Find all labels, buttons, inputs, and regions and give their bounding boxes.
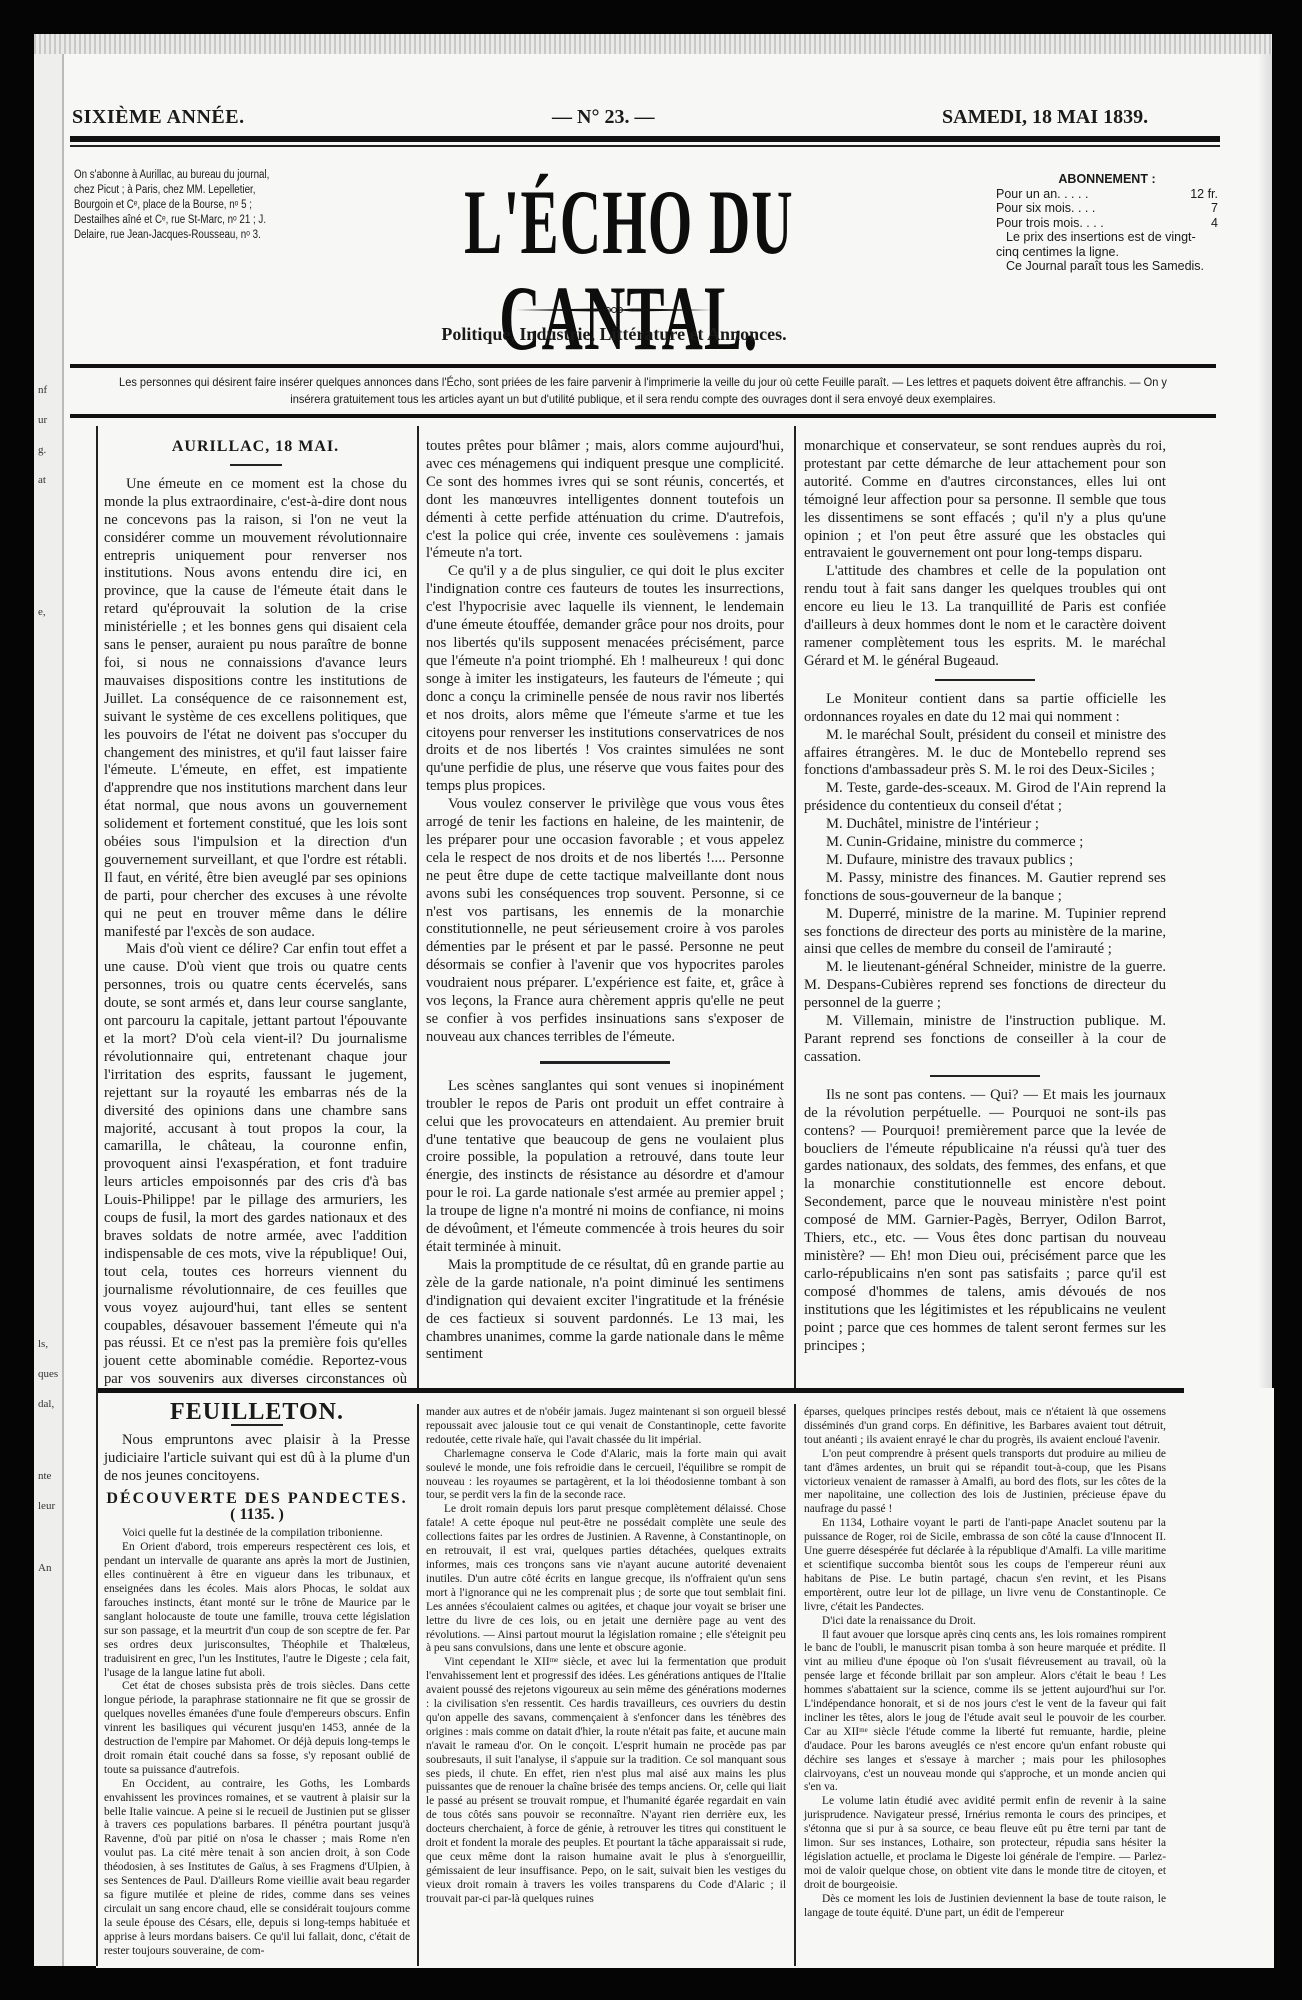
article-column-2: toutes prêtes pour blâmer ; mais, alors …: [426, 438, 784, 1364]
article-paragraph: monarchique et conservateur, se sont ren…: [804, 438, 1166, 563]
column-divider: [417, 1404, 419, 1966]
price-row: Pour un an. . . . .12 fr.: [996, 187, 1218, 202]
newspaper-page: nf ur g. at e, ls, ques dal, nte leur An…: [34, 34, 1272, 1966]
appointment-item: M. Dufaure, ministre des travaux publics…: [804, 852, 1166, 870]
feuilleton-article-title: DÉCOUVERTE DES PANDECTES.: [104, 1492, 410, 1506]
feuilleton-paragraph: Le volume latin étudié avec avidité perm…: [804, 1795, 1166, 1892]
margin-fragment: nte: [38, 1470, 62, 1482]
appointment-item: M. Passy, ministre des finances. M. Gaut…: [804, 870, 1166, 906]
subscription-locations: On s'abonne à Aurillac, au bureau du jou…: [74, 168, 275, 243]
feuilleton-intro: Nous empruntons avec plaisir à la Presse…: [104, 1432, 410, 1486]
margin-fragment: e,: [38, 606, 62, 618]
appointment-item: M. Villemain, ministre de l'instruction …: [804, 1013, 1166, 1067]
feuilleton-paragraph: Le droit romain depuis lors parut presqu…: [426, 1503, 786, 1656]
article-paragraph: toutes prêtes pour blâmer ; mais, alors …: [426, 438, 784, 563]
feuilleton-paragraph: Cet état de choses subsista près de troi…: [104, 1680, 410, 1777]
notice-rule-bottom: [70, 414, 1216, 418]
feuilleton-column-3: éparses, quelques principes restés debou…: [804, 1406, 1166, 1921]
feuilleton-title: FEUILLETON.: [104, 1406, 410, 1420]
issue-number: — N° 23. —: [552, 106, 654, 129]
margin-fragment: g.: [38, 444, 62, 456]
margin-fragment: ur: [38, 414, 62, 426]
feuilleton-column-1: FEUILLETON. Nous empruntons avec plaisir…: [104, 1406, 410, 1959]
abonnement-heading: ABONNEMENT :: [996, 172, 1218, 187]
margin-fragment: nf: [38, 384, 62, 396]
margin-fragment: ques: [38, 1368, 62, 1380]
article-heading: AURILLAC, 18 MAI.: [104, 438, 407, 456]
appointment-item: M. Cunin-Gridaine, ministre du commerce …: [804, 834, 1166, 852]
margin-fragment: leur: [38, 1500, 62, 1512]
feuilleton-paragraph: L'on peut comprendre à présent quels tra…: [804, 1448, 1166, 1518]
appointment-item: M. Teste, garde-des-sceaux. M. Girod de …: [804, 780, 1166, 816]
feuilleton-paragraph: Voici quelle fut la destinée de la compi…: [104, 1527, 410, 1541]
header-rule-thin: [70, 145, 1220, 147]
section-rule: [935, 679, 1035, 681]
article-paragraph: Une émeute en ce moment est la chose du …: [104, 476, 407, 942]
issue-date: SAMEDI, 18 MAI 1839.: [942, 106, 1148, 129]
section-rule: [930, 1075, 1040, 1077]
article-paragraph: Vous voulez conserver le privilège que v…: [426, 796, 784, 1047]
margin-fragment: at: [38, 474, 62, 486]
appointment-item: M. Duchâtel, ministre de l'intérieur ;: [804, 816, 1166, 834]
feuilleton-paragraph: En Occident, au contraire, les Goths, le…: [104, 1778, 410, 1959]
scan-top-border: [34, 34, 1272, 54]
column-divider: [794, 1404, 796, 1966]
moniteur-paragraph: Le Moniteur contient dans sa partie offi…: [804, 691, 1166, 727]
insertion-note: Le prix des insertions est de vingt-cinq…: [996, 230, 1218, 259]
feuilleton-paragraph: En 1134, Lothaire voyant le parti de l'a…: [804, 1517, 1166, 1614]
short-rule: [230, 464, 282, 466]
margin-fragment: ls,: [38, 1338, 62, 1350]
year-label: SIXIÈME ANNÉE.: [72, 106, 245, 129]
feuilleton-paragraph: Dès ce moment les lois de Justinien devi…: [804, 1893, 1166, 1921]
publication-note: Ce Journal paraît tous les Samedis.: [996, 259, 1218, 274]
notice-rule-top: [70, 364, 1216, 368]
advertising-notice: Les personnes qui désirent faire insérer…: [116, 374, 1170, 408]
feuilleton-paragraph: D'ici date la renaissance du Droit.: [804, 1615, 1166, 1629]
column-border-left: [96, 1388, 98, 1966]
feuilleton-paragraph: Charlemagne conserva le Code d'Alaric, m…: [426, 1448, 786, 1504]
section-rule: [540, 1061, 670, 1064]
article-paragraph: L'attitude des chambres et celle de la p…: [804, 563, 1166, 670]
feuilleton-paragraph: En Orient d'abord, trois empereurs respe…: [104, 1541, 410, 1680]
subscription-prices: ABONNEMENT : Pour un an. . . . .12 fr. P…: [996, 172, 1218, 274]
margin-fragment: An: [38, 1562, 62, 1574]
article-paragraph: Mais la promptitude de ce résultat, dû e…: [426, 1257, 784, 1364]
feuilleton-paragraph: Vint cependant le XIIᵐᵉ siècle, et avec …: [426, 1656, 786, 1906]
article-paragraph: Les scènes sanglantes qui sont venues si…: [426, 1078, 784, 1257]
article-column-1: AURILLAC, 18 MAI. Une émeute en ce momen…: [104, 438, 407, 1532]
article-column-3: monarchique et conservateur, se sont ren…: [804, 438, 1166, 1355]
feuilleton-paragraph: mander aux autres et de n'obéir jamais. …: [426, 1406, 786, 1448]
newspaper-subtitle: Politique, Industrie, Littérature et Ann…: [274, 324, 954, 345]
appointment-item: M. le maréchal Soult, président du conse…: [804, 727, 1166, 781]
header-rule: [70, 136, 1220, 142]
feuilleton-column-2: mander aux autres et de n'obéir jamais. …: [426, 1406, 786, 1907]
appointment-item: M. le lieutenant-général Schneider, mini…: [804, 959, 1166, 1013]
margin-fragment: dal,: [38, 1398, 62, 1410]
article-paragraph: Ils ne sont pas contens. — Qui? — Et mai…: [804, 1087, 1166, 1356]
price-row: Pour trois mois. . . .4: [996, 216, 1218, 231]
appointment-item: M. Duperré, ministre de la marine. M. Tu…: [804, 906, 1166, 960]
ornament-divider-icon: [516, 306, 712, 314]
feuilleton-article-year: ( 1135. ): [104, 1508, 410, 1522]
adjacent-page-fold: nf ur g. at e, ls, ques dal, nte leur An: [34, 54, 64, 1966]
article-paragraph: Ce qu'il y a de plus singulier, ce qui d…: [426, 563, 784, 796]
feuilleton-paragraph: Il faut avouer que lorsque après cinq ce…: [804, 1629, 1166, 1796]
feuilleton-paragraph: éparses, quelques principes restés debou…: [804, 1406, 1166, 1448]
price-row: Pour six mois. . . .7: [996, 201, 1218, 216]
